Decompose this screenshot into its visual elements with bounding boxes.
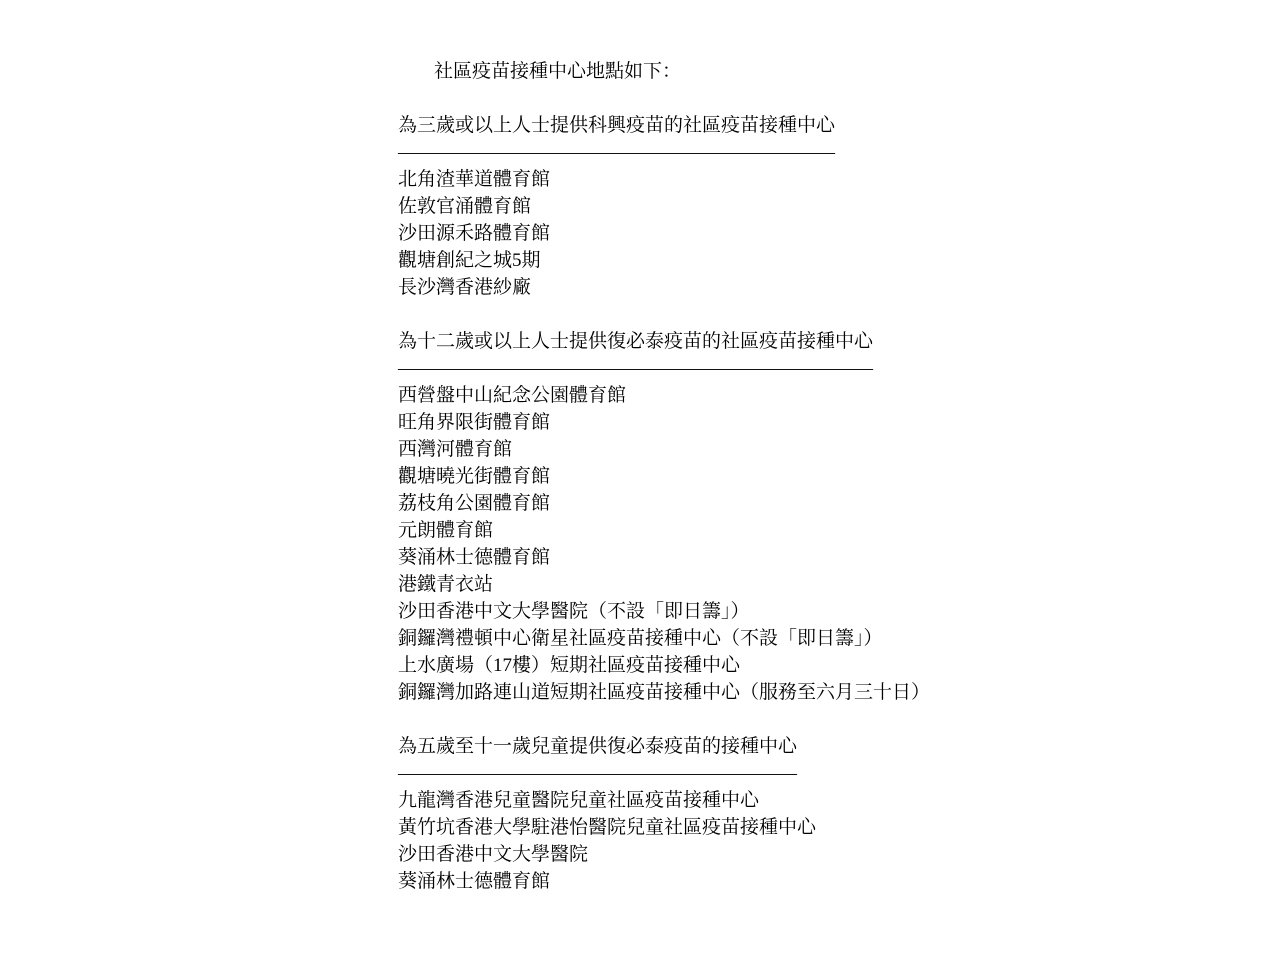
section-2-item: 西營盤中山紀念公園體育館 bbox=[398, 382, 1038, 409]
section-1-item: 沙田源禾路體育館 bbox=[398, 220, 1038, 247]
section-1-title: 為三歲或以上人士提供科興疫苗的社區疫苗接種中心 bbox=[398, 112, 1038, 139]
section-3-item: 沙田香港中文大學醫院 bbox=[398, 841, 1038, 868]
section-3-item: 黃竹坑香港大學駐港怡醫院兒童社區疫苗接種中心 bbox=[398, 814, 1038, 841]
section-2-item: 西灣河體育館 bbox=[398, 436, 1038, 463]
section-3-item: 葵涌林士德體育館 bbox=[398, 868, 1038, 895]
section-2-item: 沙田香港中文大學醫院（不設「即日籌」） bbox=[398, 598, 1038, 625]
section-2-item: 觀塘曉光街體育館 bbox=[398, 463, 1038, 490]
document-body: 社區疫苗接種中心地點如下： 為三歲或以上人士提供科興疫苗的社區疫苗接種中心 ——… bbox=[398, 58, 1038, 895]
blank-line bbox=[398, 301, 1038, 328]
section-2-item: 上水廣場（17樓）短期社區疫苗接種中心 bbox=[398, 652, 1038, 679]
section-1-item: 觀塘創紀之城5期 bbox=[398, 247, 1038, 274]
section-3-title: 為五歲至十一歲兒童提供復必泰疫苗的接種中心 bbox=[398, 733, 1038, 760]
blank-line bbox=[398, 85, 1038, 112]
section-2-item: 荔枝角公園體育館 bbox=[398, 490, 1038, 517]
section-1-divider: ——————————————————————— bbox=[398, 139, 1038, 166]
section-2-item: 元朗體育館 bbox=[398, 517, 1038, 544]
section-2-item: 旺角界限街體育館 bbox=[398, 409, 1038, 436]
section-2-title: 為十二歲或以上人士提供復必泰疫苗的社區疫苗接種中心 bbox=[398, 328, 1038, 355]
intro-line: 社區疫苗接種中心地點如下： bbox=[398, 58, 1038, 85]
section-3-item: 九龍灣香港兒童醫院兒童社區疫苗接種中心 bbox=[398, 787, 1038, 814]
section-1-item: 北角渣華道體育館 bbox=[398, 166, 1038, 193]
section-3-divider: ————————————————————— bbox=[398, 760, 1038, 787]
section-2-item: 葵涌林士德體育館 bbox=[398, 544, 1038, 571]
section-2-item: 港鐵青衣站 bbox=[398, 571, 1038, 598]
section-2-item: 銅鑼灣加路連山道短期社區疫苗接種中心（服務至六月三十日） bbox=[398, 679, 1038, 706]
section-1-item: 長沙灣香港紗廠 bbox=[398, 274, 1038, 301]
section-2-item: 銅鑼灣禮頓中心衛星社區疫苗接種中心（不設「即日籌」） bbox=[398, 625, 1038, 652]
section-1-item: 佐敦官涌體育館 bbox=[398, 193, 1038, 220]
section-2-divider: ————————————————————————— bbox=[398, 355, 1038, 382]
blank-line bbox=[398, 706, 1038, 733]
